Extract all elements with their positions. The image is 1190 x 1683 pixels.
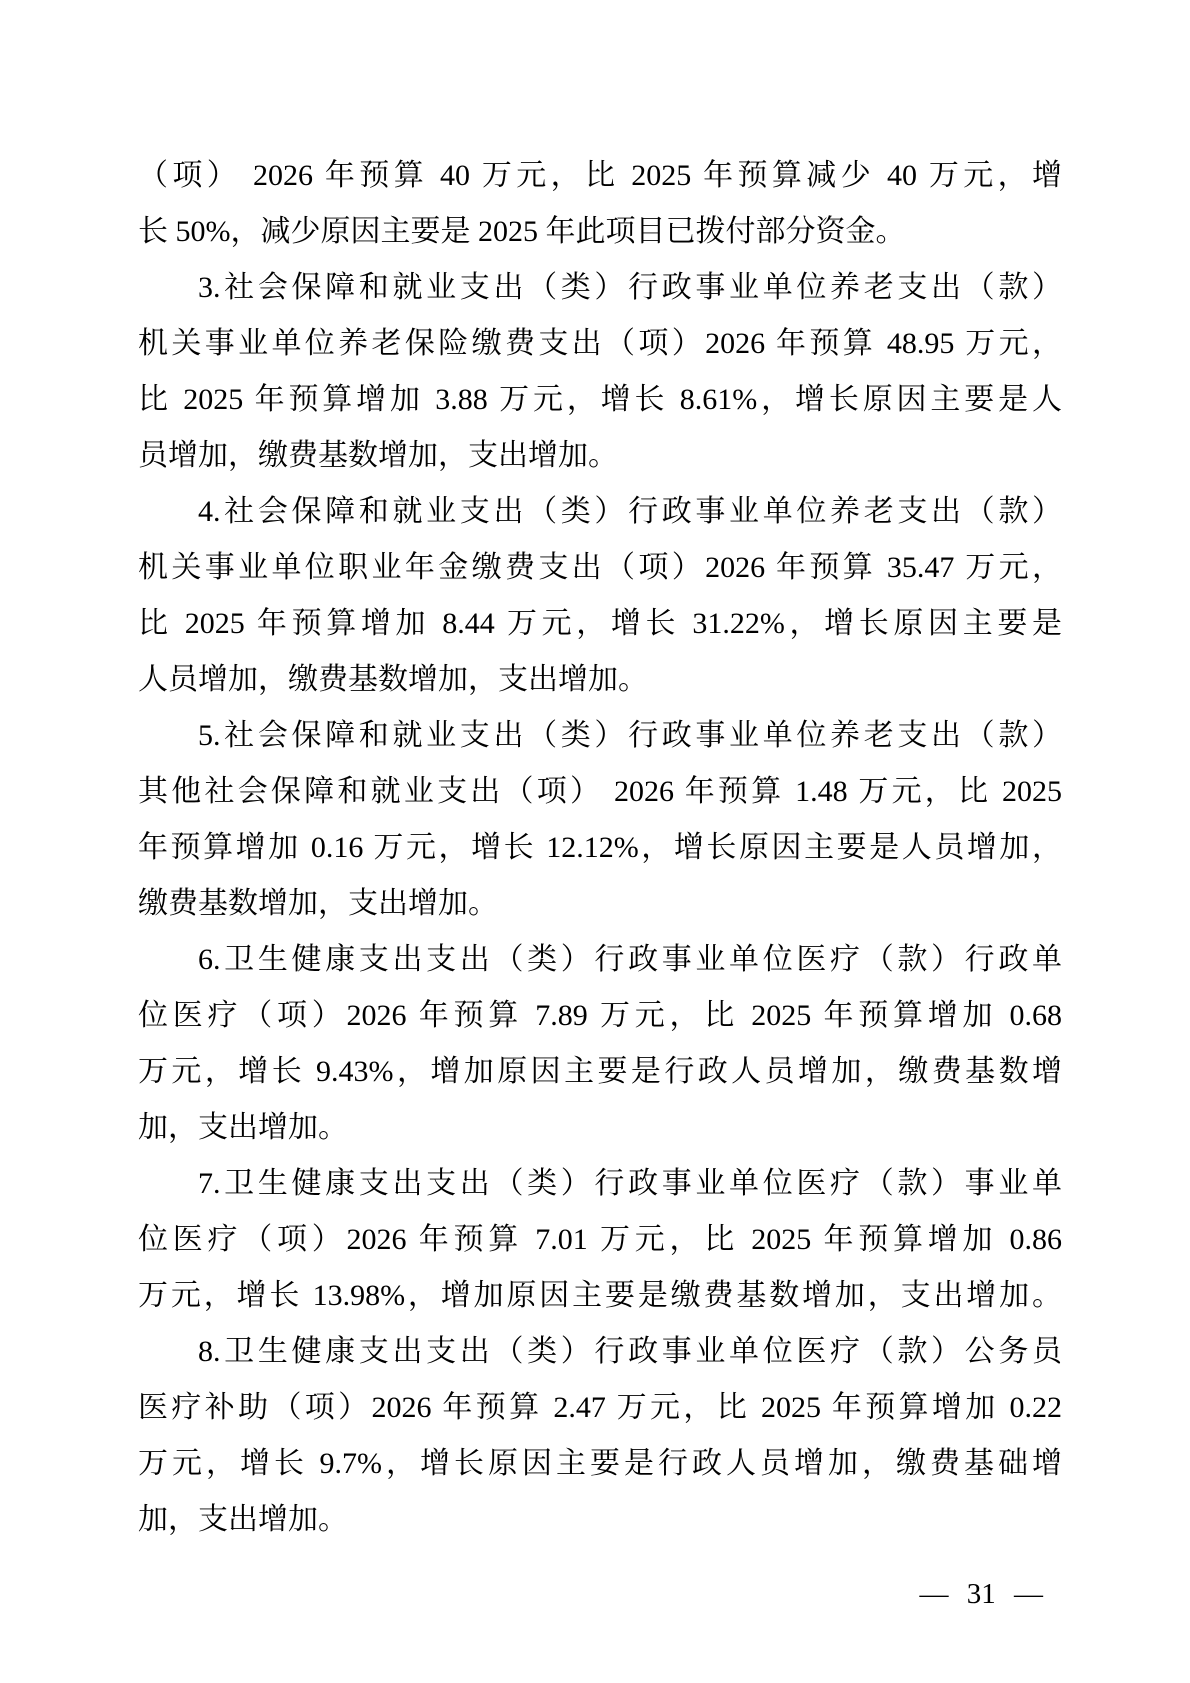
text-line: 比 2025 年预算增加 8.44 万元，增长 31.22%，增长原因主要是 bbox=[138, 596, 1062, 652]
text-line: 年预算增加 0.16 万元，增长 12.12%，增长原因主要是人员增加， bbox=[138, 820, 1062, 876]
text-line: 员增加，缴费基数增加，支出增加。 bbox=[138, 428, 1062, 484]
text-line: 4.社会保障和就业支出（类）行政事业单位养老支出（款） bbox=[138, 484, 1062, 540]
paragraph: 7.卫生健康支出支出（类）行政事业单位医疗（款）事业单位医疗（项）2026 年预… bbox=[138, 1156, 1062, 1324]
text-line: 加，支出增加。 bbox=[138, 1100, 1062, 1156]
text-line: 人员增加，缴费基数增加，支出增加。 bbox=[138, 652, 1062, 708]
document-page: （项） 2026 年预算 40 万元，比 2025 年预算减少 40 万元，增长… bbox=[0, 0, 1190, 1683]
text-line: 万元，增长 9.7%，增长原因主要是行政人员增加，缴费基础增 bbox=[138, 1436, 1062, 1492]
paragraph: 6.卫生健康支出支出（类）行政事业单位医疗（款）行政单位医疗（项）2026 年预… bbox=[138, 932, 1062, 1156]
text-line: 长 50%，减少原因主要是 2025 年此项目已拨付部分资金。 bbox=[138, 204, 1062, 260]
text-line: 加，支出增加。 bbox=[138, 1492, 1062, 1548]
text-line: 其他社会保障和就业支出（项） 2026 年预算 1.48 万元，比 2025 bbox=[138, 764, 1062, 820]
paragraph: 5.社会保障和就业支出（类）行政事业单位养老支出（款）其他社会保障和就业支出（项… bbox=[138, 708, 1062, 932]
text-line: 比 2025 年预算增加 3.88 万元，增长 8.61%，增长原因主要是人 bbox=[138, 372, 1062, 428]
body-text: （项） 2026 年预算 40 万元，比 2025 年预算减少 40 万元，增长… bbox=[138, 148, 1062, 1548]
text-line: 机关事业单位养老保险缴费支出（项）2026 年预算 48.95 万元， bbox=[138, 316, 1062, 372]
text-line: 缴费基数增加，支出增加。 bbox=[138, 876, 1062, 932]
text-line: 位医疗（项）2026 年预算 7.01 万元，比 2025 年预算增加 0.86 bbox=[138, 1212, 1062, 1268]
text-line: （项） 2026 年预算 40 万元，比 2025 年预算减少 40 万元，增 bbox=[138, 148, 1062, 204]
text-line: 机关事业单位职业年金缴费支出（项）2026 年预算 35.47 万元， bbox=[138, 540, 1062, 596]
text-line: 8.卫生健康支出支出（类）行政事业单位医疗（款）公务员 bbox=[138, 1324, 1062, 1380]
text-line: 万元，增长 9.43%，增加原因主要是行政人员增加，缴费基数增 bbox=[138, 1044, 1062, 1100]
paragraph: 8.卫生健康支出支出（类）行政事业单位医疗（款）公务员医疗补助（项）2026 年… bbox=[138, 1324, 1062, 1548]
text-line: 医疗补助（项）2026 年预算 2.47 万元，比 2025 年预算增加 0.2… bbox=[138, 1380, 1062, 1436]
text-line: 5.社会保障和就业支出（类）行政事业单位养老支出（款） bbox=[138, 708, 1062, 764]
text-line: 位医疗（项）2026 年预算 7.89 万元，比 2025 年预算增加 0.68 bbox=[138, 988, 1062, 1044]
paragraph: 3.社会保障和就业支出（类）行政事业单位养老支出（款）机关事业单位养老保险缴费支… bbox=[138, 260, 1062, 484]
text-line: 6.卫生健康支出支出（类）行政事业单位医疗（款）行政单 bbox=[138, 932, 1062, 988]
paragraph: （项） 2026 年预算 40 万元，比 2025 年预算减少 40 万元，增长… bbox=[138, 148, 1062, 260]
text-line: 7.卫生健康支出支出（类）行政事业单位医疗（款）事业单 bbox=[138, 1156, 1062, 1212]
text-line: 万元，增长 13.98%，增加原因主要是缴费基数增加，支出增加。 bbox=[138, 1268, 1062, 1324]
paragraph: 4.社会保障和就业支出（类）行政事业单位养老支出（款）机关事业单位职业年金缴费支… bbox=[138, 484, 1062, 708]
text-line: 3.社会保障和就业支出（类）行政事业单位养老支出（款） bbox=[138, 260, 1062, 316]
page-number: — 31 — bbox=[920, 1577, 1044, 1611]
